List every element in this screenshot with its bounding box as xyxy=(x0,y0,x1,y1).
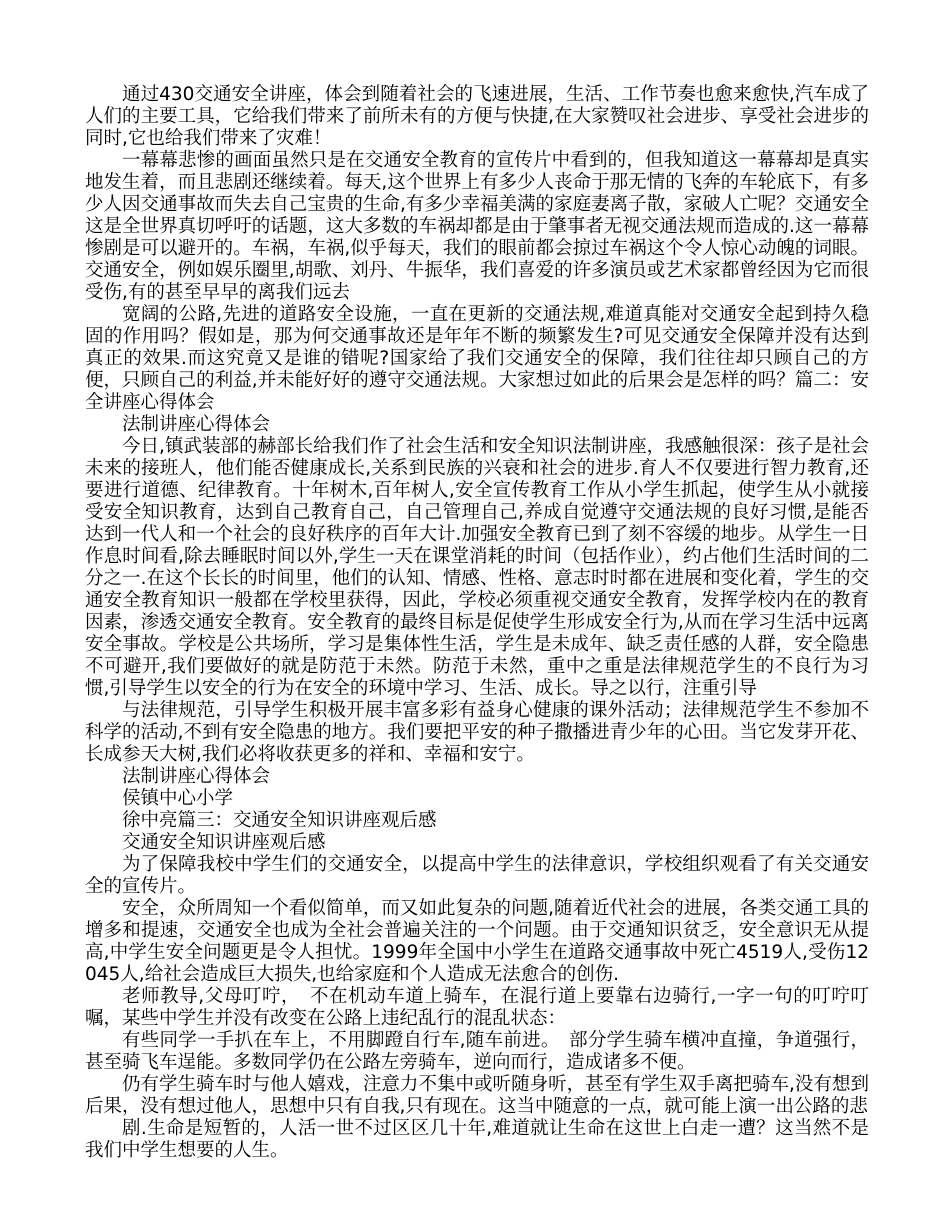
paragraph: 安全，众所周知一个看似简单，而又如此复杂的问题,随着近代社会的进展，各类交通工具… xyxy=(85,898,869,986)
paragraph: 剧.生命是短暂的，人活一世不过区区几十年,难道就让生命在这世上白走一遭？这当然不… xyxy=(85,1118,869,1162)
paragraph: 宽阔的公路,先进的道路安全设施，一直在更新的交通法规,难道真能对交通安全起到持久… xyxy=(85,304,869,414)
document-page: 通过430交通安全讲座，体会到随着社会的飞速进展，生活、工作节奏也愈来愈快,汽车… xyxy=(0,0,950,1230)
paragraph: 老师教导,父母叮咛， 不在机动车道上骑车，在混行道上要靠右边骑行,一字一句的叮咛… xyxy=(85,986,869,1030)
paragraph: 侯镇中心小学 xyxy=(85,788,869,810)
document-body: 通过430交通安全讲座，体会到随着社会的飞速进展，生活、工作节奏也愈来愈快,汽车… xyxy=(85,84,869,1162)
paragraph: 一幕幕悲惨的画面虽然只是在交通安全教育的宣传片中看到的，但我知道这一幕幕却是真实… xyxy=(85,150,869,304)
paragraph: 仍有学生骑车时与他人嬉戏，注意力不集中或听随身听，甚至有学生双手离把骑车,没有想… xyxy=(85,1074,869,1118)
paragraph: 与法律规范，引导学生积极开展丰富多彩有益身心健康的课外活动；法律规范学生不参加不… xyxy=(85,700,869,766)
paragraph: 有些同学一手扒在车上，不用脚蹬自行车,随车前进。 部分学生骑车横冲直撞，争道强行… xyxy=(85,1030,869,1074)
paragraph: 交通安全知识讲座观后感 xyxy=(85,832,869,854)
paragraph: 法制讲座心得体会 xyxy=(85,414,869,436)
paragraph: 徐中亮篇三：交通安全知识讲座观后感 xyxy=(85,810,869,832)
paragraph: 为了保障我校中学生们的交通安全，以提高中学生的法律意识，学校组织观看了有关交通安… xyxy=(85,854,869,898)
paragraph: 法制讲座心得体会 xyxy=(85,766,869,788)
paragraph: 通过430交通安全讲座，体会到随着社会的飞速进展，生活、工作节奏也愈来愈快,汽车… xyxy=(85,84,869,150)
paragraph: 今日,镇武装部的赫部长给我们作了社会生活和安全知识法制讲座，我感触很深：孩子是社… xyxy=(85,436,869,700)
